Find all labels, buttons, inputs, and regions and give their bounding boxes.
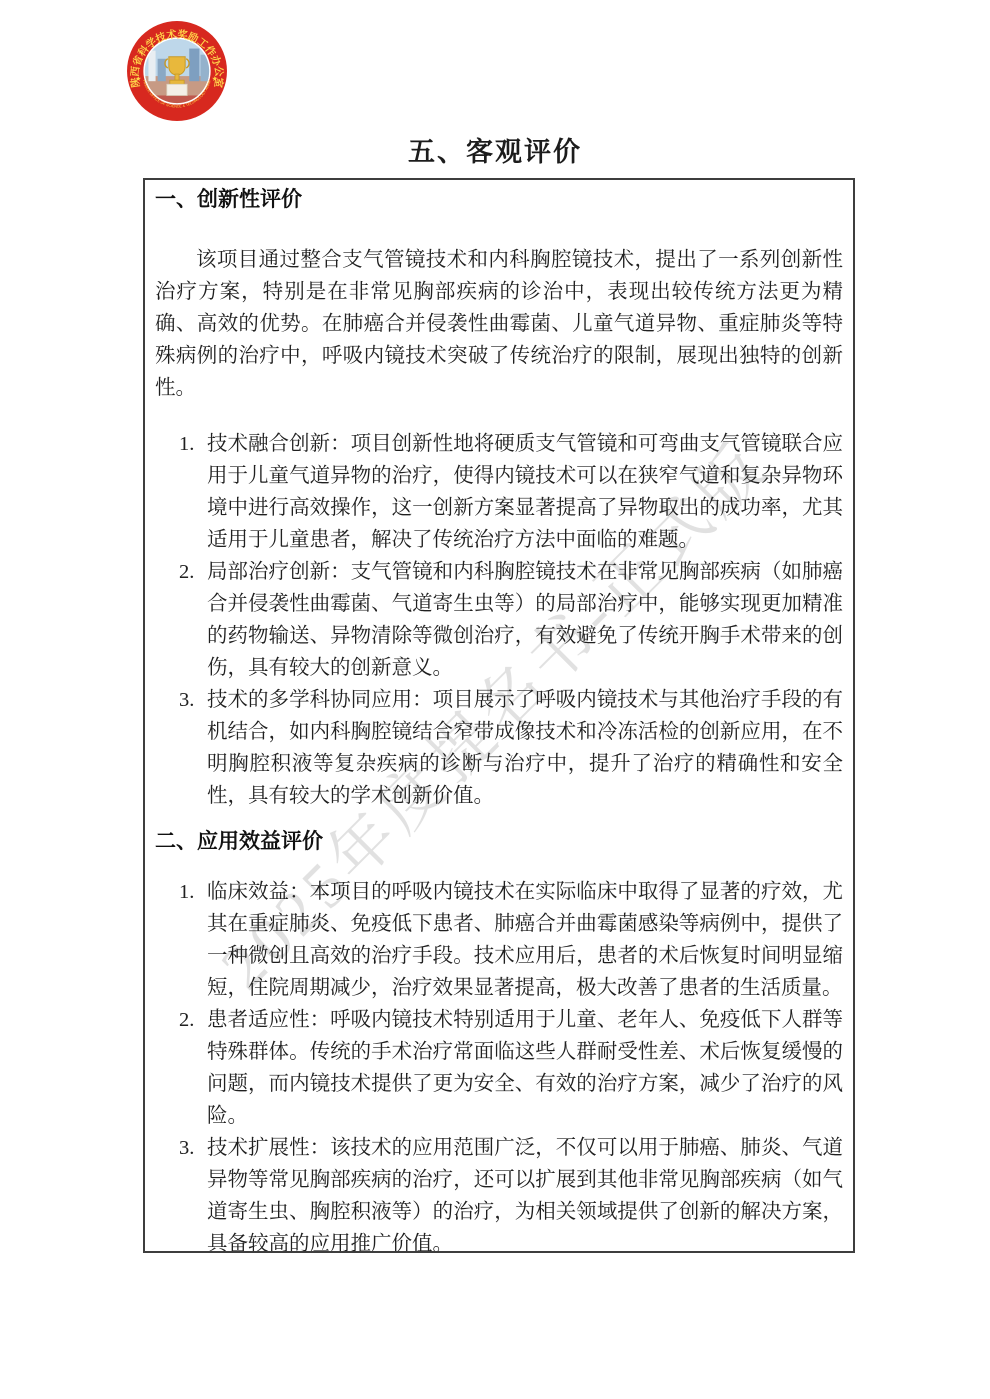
seal-icon: 陕西省科学技术奖励工作办公室 SHAANXI OFFICE OF SCIENCE…: [126, 20, 228, 122]
list-item: 2. 患者适应性：呼吸内镜技术特别适用于儿童、老年人、免疫低下人群等特殊群体。传…: [179, 1004, 843, 1132]
section-heading-innovation: 一、创新性评价: [155, 186, 843, 214]
list-item-text: 技术的多学科协同应用：项目展示了呼吸内镜技术与其他治疗手段的有机结合，如内科胸腔…: [207, 684, 843, 812]
page-title: 五、客观评价: [0, 130, 990, 169]
list-item-number: 3.: [179, 684, 207, 812]
list-item: 2. 局部治疗创新：支气管镜和内科胸腔镜技术在非常见胸部疾病（如肺癌合并侵袭性曲…: [179, 556, 843, 684]
list-item-text: 技术扩展性：该技术的应用范围广泛，不仅可以用于肺癌、肺炎、气道异物等常见胸部疾病…: [207, 1132, 843, 1253]
list-item-number: 3.: [179, 1132, 207, 1253]
seal-star-right-icon: ★: [212, 75, 218, 83]
list-item: 3. 技术扩展性：该技术的应用范围广泛，不仅可以用于肺癌、肺炎、气道异物等常见胸…: [179, 1132, 843, 1253]
innovation-intro-paragraph: 该项目通过整合支气管镜技术和内科胸腔镜技术，提出了一系列创新性治疗方案，特别是在…: [155, 244, 843, 404]
document-page: 2025年度提名书-正式版 陕西省: [0, 0, 990, 1399]
list-item-text: 患者适应性：呼吸内镜技术特别适用于儿童、老年人、免疫低下人群等特殊群体。传统的手…: [207, 1004, 843, 1132]
seal-star-left-icon: ★: [135, 75, 141, 83]
list-item-text: 局部治疗创新：支气管镜和内科胸腔镜技术在非常见胸部疾病（如肺癌合并侵袭性曲霉菌、…: [207, 556, 843, 684]
list-item-number: 1.: [179, 876, 207, 1004]
list-item: 1. 技术融合创新：项目创新性地将硬质支气管镜和可弯曲支气管镜联合应用于儿童气道…: [179, 428, 843, 556]
list-item-text: 技术融合创新：项目创新性地将硬质支气管镜和可弯曲支气管镜联合应用于儿童气道异物的…: [207, 428, 843, 556]
list-item-number: 1.: [179, 428, 207, 556]
list-item-text: 临床效益：本项目的呼吸内镜技术在实际临床中取得了显著的疗效，尤其在重症肺炎、免疫…: [207, 876, 843, 1004]
list-item-number: 2.: [179, 1004, 207, 1132]
evaluation-box-content: 一、创新性评价 该项目通过整合支气管镜技术和内科胸腔镜技术，提出了一系列创新性治…: [145, 180, 853, 1253]
section-heading-application-benefit: 二、应用效益评价: [155, 828, 843, 856]
evaluation-box: 一、创新性评价 该项目通过整合支气管镜技术和内科胸腔镜技术，提出了一系列创新性治…: [143, 178, 855, 1253]
list-item: 3. 技术的多学科协同应用：项目展示了呼吸内镜技术与其他治疗手段的有机结合，如内…: [179, 684, 843, 812]
list-item: 1. 临床效益：本项目的呼吸内镜技术在实际临床中取得了显著的疗效，尤其在重症肺炎…: [179, 876, 843, 1004]
innovation-list: 1. 技术融合创新：项目创新性地将硬质支气管镜和可弯曲支气管镜联合应用于儿童气道…: [155, 428, 843, 812]
application-benefit-list: 1. 临床效益：本项目的呼吸内镜技术在实际临床中取得了显著的疗效，尤其在重症肺炎…: [155, 876, 843, 1253]
org-seal-logo: 陕西省科学技术奖励工作办公室 SHAANXI OFFICE OF SCIENCE…: [126, 20, 228, 122]
list-item-number: 2.: [179, 556, 207, 684]
